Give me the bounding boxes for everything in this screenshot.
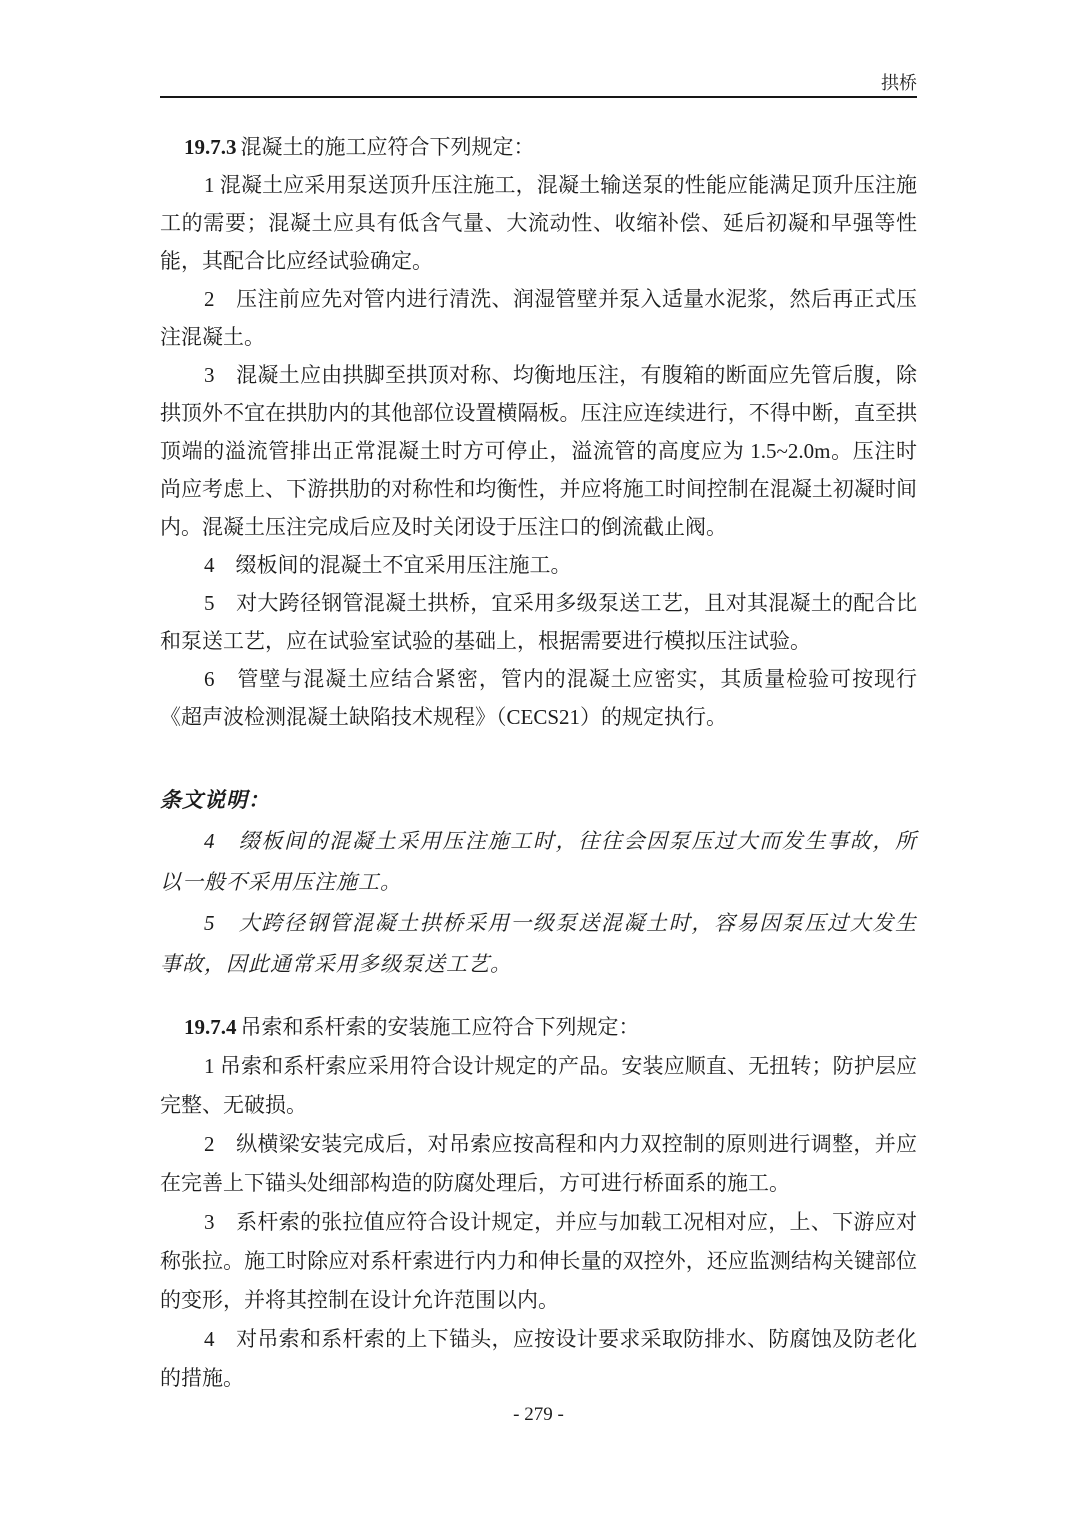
commentary-item-5: 5 大跨径钢管混凝土拱桥采用一级泵送混凝土时，容易因泵压过大发生事故，因此通常采… [160, 903, 917, 985]
document-body: 19.7.3混凝土的施工应符合下列规定： 1 混凝土应采用泵送顶升压注施工，混凝… [160, 128, 917, 1398]
commentary-label: 条文说明： [160, 780, 917, 821]
clause-19-7-4: 19.7.4吊索和系杆索的安装施工应符合下列规定： 1 吊索和系杆索应采用符合设… [160, 1008, 917, 1398]
clause-19-7-4-item-2: 2 纵横梁安装完成后，对吊索应按高程和内力双控制的原则进行调整，并应在完善上下锚… [160, 1125, 917, 1203]
page-header: 拱桥 [160, 0, 917, 98]
clause-19-7-3-item-4: 4 缀板间的混凝土不宜采用压注施工。 [160, 546, 917, 584]
clause-19-7-3-item-1: 1 混凝土应采用泵送顶升压注施工，混凝土输送泵的性能应能满足顶升压注施工的需要；… [160, 166, 917, 280]
commentary-item-4: 4 缀板间的混凝土采用压注施工时，往往会因泵压过大而发生事故，所以一般不采用压注… [160, 821, 917, 903]
clause-19-7-4-title: 吊索和系杆索的安装施工应符合下列规定： [241, 1015, 640, 1039]
clause-19-7-4-item-4: 4 对吊索和系杆索的上下锚头，应按设计要求采取防排水、防腐蚀及防老化的措施。 [160, 1320, 917, 1398]
clause-19-7-3-item-6: 6 管壁与混凝土应结合紧密，管内的混凝土应密实，其质量检验可按现行《超声波检测混… [160, 660, 917, 736]
clause-19-7-3-title: 混凝土的施工应符合下列规定： [241, 135, 535, 159]
commentary-section: 条文说明： 4 缀板间的混凝土采用压注施工时，往往会因泵压过大而发生事故，所以一… [160, 780, 917, 985]
clause-19-7-3-item-2: 2 压注前应先对管内进行清洗、润湿管壁并泵入适量水泥浆，然后再正式压注混凝土。 [160, 280, 917, 356]
clause-19-7-3-heading: 19.7.3混凝土的施工应符合下列规定： [160, 128, 917, 166]
clause-19-7-4-number: 19.7.4 [184, 1015, 237, 1039]
clause-19-7-3: 19.7.3混凝土的施工应符合下列规定： 1 混凝土应采用泵送顶升压注施工，混凝… [160, 128, 917, 736]
running-head-title: 拱桥 [881, 73, 917, 93]
clause-19-7-3-item-5: 5 对大跨径钢管混凝土拱桥，宜采用多级泵送工艺，且对其混凝土的配合比和泵送工艺，… [160, 584, 917, 660]
clause-19-7-3-number: 19.7.3 [184, 135, 237, 159]
clause-19-7-4-heading: 19.7.4吊索和系杆索的安装施工应符合下列规定： [160, 1008, 917, 1047]
page-number: - 279 - [160, 1402, 917, 1428]
clause-19-7-4-item-1: 1 吊索和系杆索应采用符合设计规定的产品。安装应顺直、无扭转；防护层应完整、无破… [160, 1047, 917, 1125]
clause-19-7-4-item-3: 3 系杆索的张拉值应符合设计规定，并应与加载工况相对应，上、下游应对称张拉。施工… [160, 1203, 917, 1320]
clause-19-7-3-item-3: 3 混凝土应由拱脚至拱顶对称、均衡地压注，有腹箱的断面应先管后腹，除拱顶外不宜在… [160, 356, 917, 546]
